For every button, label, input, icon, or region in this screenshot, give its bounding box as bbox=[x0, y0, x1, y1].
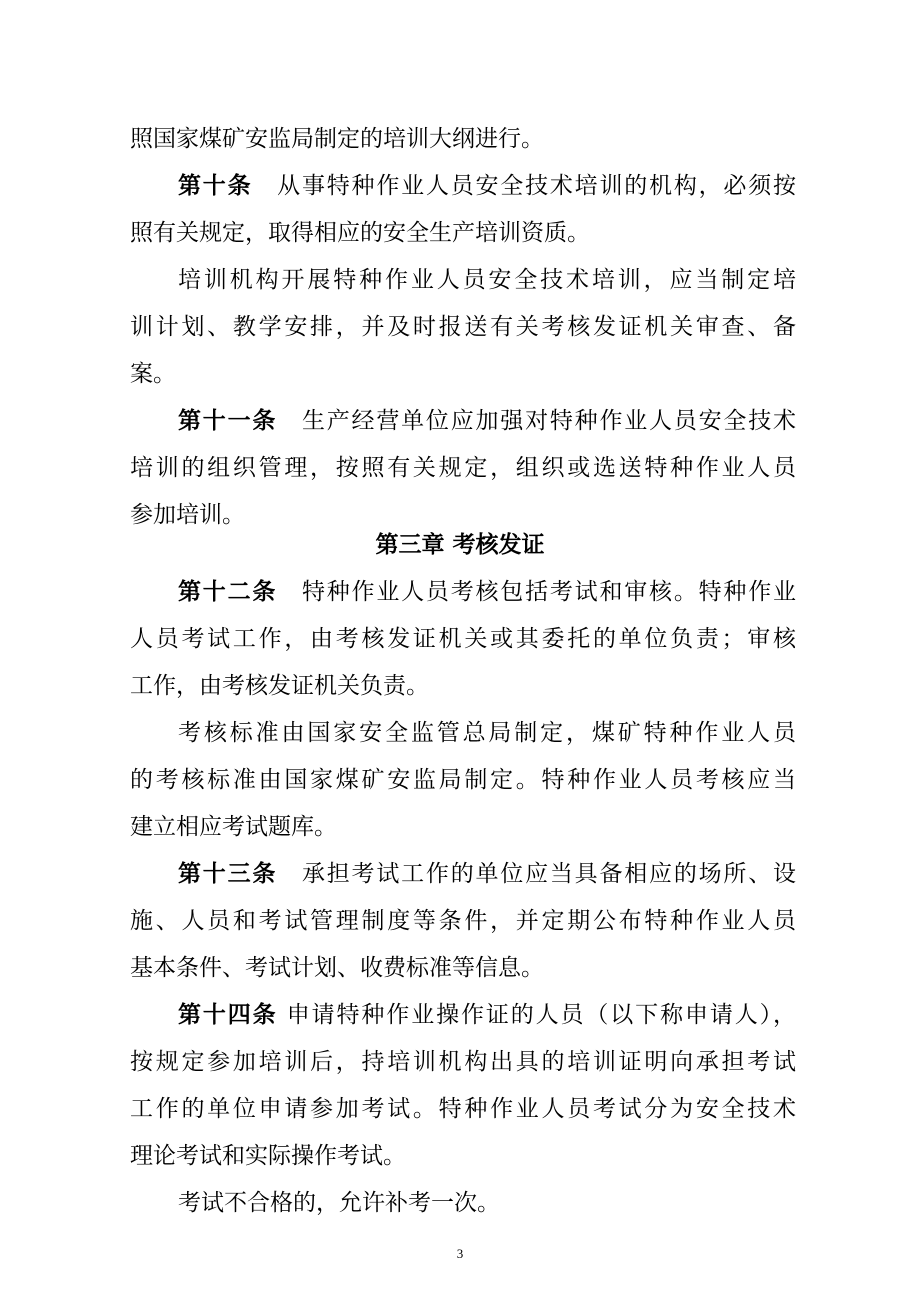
line-text: 按规定参加培训后，持培训机构出具的培训证明向承担考试 bbox=[130, 1049, 796, 1075]
article-11-line: 第十一条 生产经营单位应加强对特种作业人员安全技术 bbox=[178, 404, 796, 438]
line-text: 申请特种作业操作证的人员（以下称申请人）， bbox=[278, 1002, 796, 1028]
paragraph-line: 基本条件、考试计划、收费标准等信息。 bbox=[130, 951, 796, 985]
paragraph-line: 施、人员和考试管理制度等条件，并定期公布特种作业人员 bbox=[130, 904, 796, 938]
paragraph-line: 按规定参加培训后，持培训机构出具的培训证明向承担考试 bbox=[130, 1045, 796, 1079]
paragraph-line: 参加培训。 bbox=[130, 498, 796, 532]
article-14-line: 第十四条 申请特种作业操作证的人员（以下称申请人）， bbox=[178, 998, 796, 1032]
line-text: 生产经营单位应加强对特种作业人员安全技术 bbox=[277, 408, 796, 434]
line-text: 基本条件、考试计划、收费标准等信息。 bbox=[130, 955, 544, 981]
line-text: 施、人员和考试管理制度等条件，并定期公布特种作业人员 bbox=[130, 908, 796, 934]
paragraph-line: 建立相应考试题库。 bbox=[130, 810, 796, 844]
line-text: 人员考试工作，由考核发证机关或其委托的单位负责；审核 bbox=[130, 626, 796, 652]
paragraph-line: 训计划、教学安排，并及时报送有关考核发证机关审查、备 bbox=[130, 310, 796, 344]
paragraph-line: 考试不合格的，允许补考一次。 bbox=[178, 1186, 796, 1220]
paragraph-line: 照国家煤矿安监局制定的培训大纲进行。 bbox=[130, 122, 796, 156]
article-12-line: 第十二条 特种作业人员考核包括考试和审核。特种作业 bbox=[178, 575, 796, 609]
article-number: 第十四条 bbox=[178, 1002, 278, 1028]
line-text: 参加培训。 bbox=[130, 502, 245, 528]
line-text: 培训的组织管理，按照有关规定，组织或选送特种作业人员 bbox=[130, 455, 796, 481]
line-text: 训计划、教学安排，并及时报送有关考核发证机关审查、备 bbox=[130, 314, 796, 340]
line-text: 照有关规定，取得相应的安全生产培训资质。 bbox=[130, 220, 590, 246]
paragraph-line: 人员考试工作，由考核发证机关或其委托的单位负责；审核 bbox=[130, 622, 796, 656]
line-text: 考核标准由国家安全监管总局制定，煤矿特种作业人员 bbox=[178, 720, 796, 746]
paragraph-line: 照有关规定，取得相应的安全生产培训资质。 bbox=[130, 216, 796, 250]
line-text: 照国家煤矿安监局制定的培训大纲进行。 bbox=[130, 126, 544, 152]
line-text: 理论考试和实际操作考试。 bbox=[130, 1143, 406, 1169]
line-text: 的考核标准由国家煤矿安监局制定。特种作业人员考核应当 bbox=[130, 767, 796, 793]
line-text: 建立相应考试题库。 bbox=[130, 814, 337, 840]
paragraph-line: 培训的组织管理，按照有关规定，组织或选送特种作业人员 bbox=[130, 451, 796, 485]
line-text: 从事特种作业人员安全技术培训的机构，必须按 bbox=[252, 173, 796, 199]
article-number: 第十条 bbox=[178, 173, 252, 199]
article-number: 第十二条 bbox=[178, 579, 277, 605]
line-text: 特种作业人员考核包括考试和审核。特种作业 bbox=[277, 579, 796, 605]
paragraph-line: 理论考试和实际操作考试。 bbox=[130, 1139, 796, 1173]
paragraph-line: 工作的单位申请参加考试。特种作业人员考试分为安全技术 bbox=[130, 1092, 796, 1126]
article-number: 第十一条 bbox=[178, 408, 277, 434]
article-number: 第十三条 bbox=[178, 861, 277, 887]
paragraph-line: 培训机构开展特种作业人员安全技术培训，应当制定培 bbox=[178, 263, 796, 297]
line-text: 工作的单位申请参加考试。特种作业人员考试分为安全技术 bbox=[130, 1096, 796, 1122]
line-text: 工作，由考核发证机关负责。 bbox=[130, 673, 429, 699]
line-text: 考试不合格的，允许补考一次。 bbox=[178, 1190, 500, 1216]
chapter-heading: 第三章 考核发证 bbox=[0, 528, 920, 562]
article-13-line: 第十三条 承担考试工作的单位应当具备相应的场所、设 bbox=[178, 857, 796, 891]
line-text: 培训机构开展特种作业人员安全技术培训，应当制定培 bbox=[178, 267, 796, 293]
article-10-line: 第十条 从事特种作业人员安全技术培训的机构，必须按 bbox=[178, 169, 796, 203]
paragraph-line: 案。 bbox=[130, 357, 796, 391]
page-number: 3 bbox=[0, 1246, 920, 1262]
line-text: 承担考试工作的单位应当具备相应的场所、设 bbox=[277, 861, 796, 887]
paragraph-line: 的考核标准由国家煤矿安监局制定。特种作业人员考核应当 bbox=[130, 763, 796, 797]
line-text: 案。 bbox=[130, 361, 176, 387]
paragraph-line: 考核标准由国家安全监管总局制定，煤矿特种作业人员 bbox=[178, 716, 796, 750]
paragraph-line: 工作，由考核发证机关负责。 bbox=[130, 669, 796, 703]
